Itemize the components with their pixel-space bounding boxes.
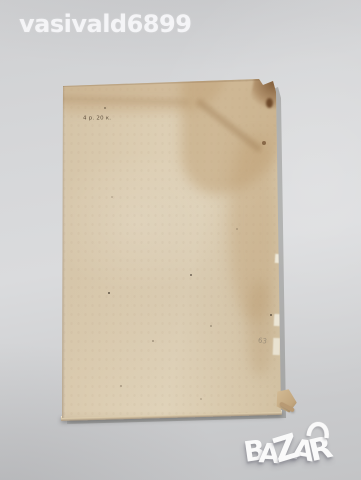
bazar-logo: BAZAR [246,427,358,477]
book-back-cover: 4 р. 20 к. 63 [61,76,297,424]
corner-dark-spot [266,98,273,108]
edge-tear-white-1 [274,314,281,326]
water-stain-lower-streak [247,281,273,376]
foxing-specks [61,76,63,78]
edge-tear-white-2 [273,338,281,355]
cover-left-edge-shading [62,85,65,419]
pencil-mark: 63 [257,336,267,345]
price-stamp: 4 р. 20 к. [83,115,111,121]
seller-watermark: vasivald6899 [19,10,191,38]
photo-background: vasivald6899 4 р. 20 к. 63 BAZAR [0,0,361,480]
